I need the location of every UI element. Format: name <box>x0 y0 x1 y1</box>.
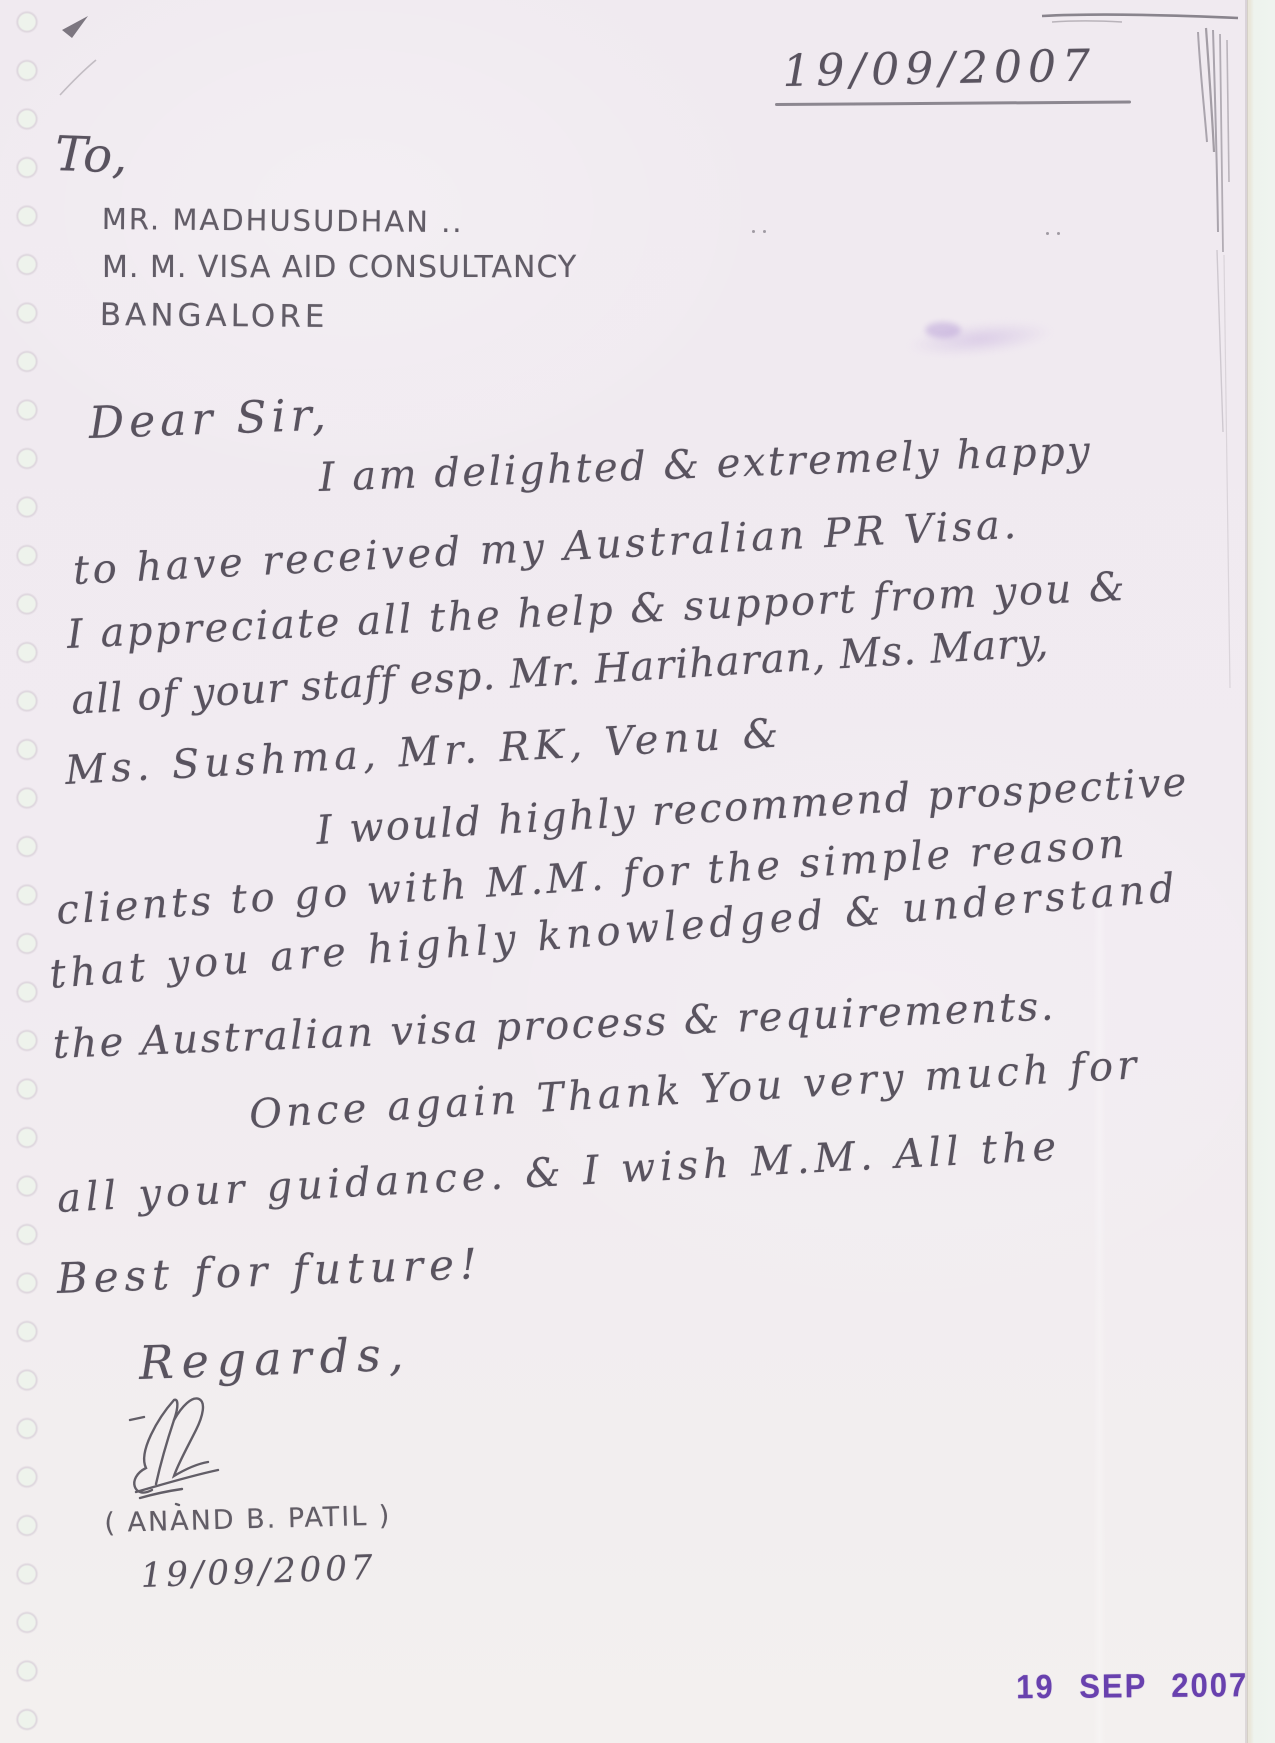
stray-pencil-dots <box>752 228 774 234</box>
top-edge-pencil-line <box>1042 15 1238 18</box>
closing: Regards, <box>138 1326 412 1389</box>
signer-name: ( ANAND B. PATIL ) <box>104 1500 392 1539</box>
signature-date: 19/09/2007 <box>140 1548 377 1596</box>
received-date-stamp: 19 SEP 2007 <box>1016 1666 1248 1707</box>
body-line: Once again Thank You very much for <box>248 1042 1142 1138</box>
paper-crease <box>1093 900 1106 1743</box>
corner-hatch-marks <box>1198 28 1230 688</box>
signature-scribble <box>116 1392 246 1517</box>
body-line: all your guidance. & I wish M.M. All the <box>56 1123 1062 1222</box>
recipient-city: BANGALORE <box>100 297 329 335</box>
faded-stamp-smudge <box>925 322 961 338</box>
scanned-letter-page: 19/09/2007 To, MR. MADHUSUDHAN .. M. M. … <box>0 0 1275 1743</box>
stray-pencil-dots <box>1046 230 1068 236</box>
recipient-name: MR. MADHUSUDHAN .. <box>102 202 464 239</box>
to-label: To, <box>54 126 128 184</box>
salutation: Dear Sir, <box>88 390 332 449</box>
body-line: Best for future! <box>56 1239 484 1303</box>
letter-date: 19/09/2007 <box>782 41 1096 97</box>
recipient-company: M. M. VISA AID CONSULTANCY <box>102 250 577 285</box>
corner-arrow-mark <box>62 16 88 38</box>
